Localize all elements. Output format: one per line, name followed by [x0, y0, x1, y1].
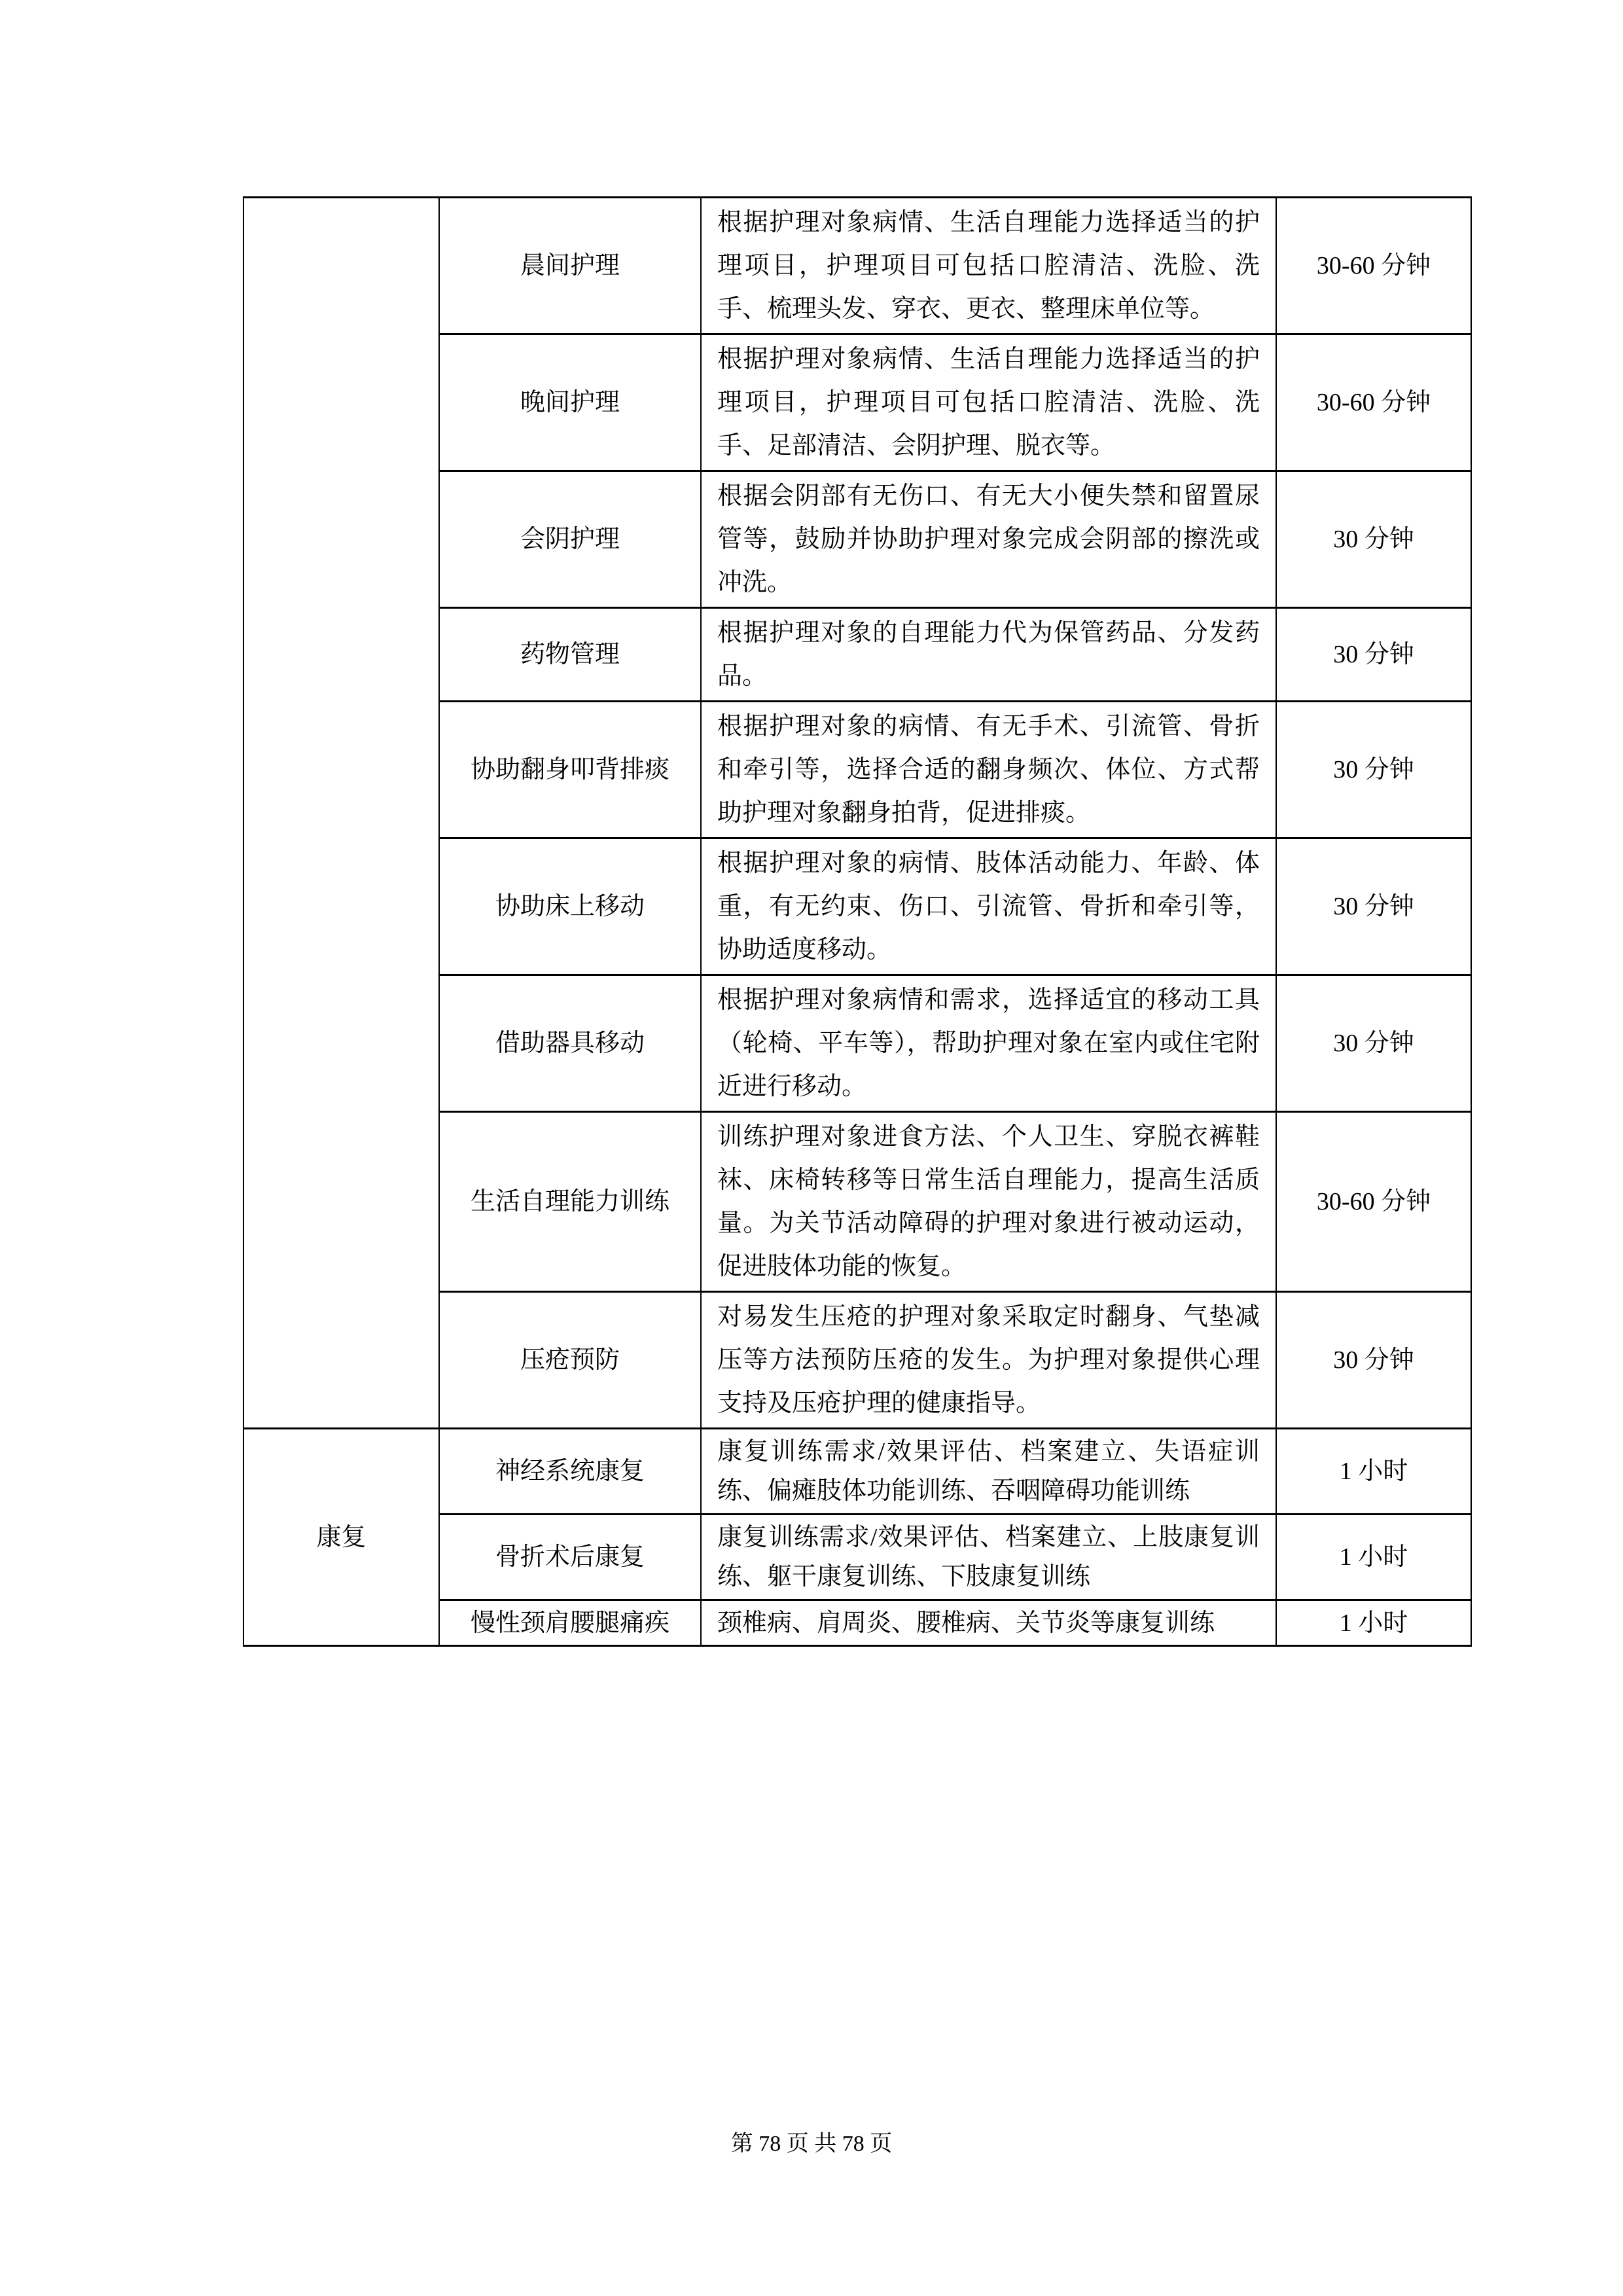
service-name-cell: 生活自理能力训练	[439, 1112, 701, 1292]
service-name-cell: 晨间护理	[439, 198, 701, 334]
document-page: 晨间护理 根据护理对象病情、生活自理能力选择适当的护理项目，护理项目可包括口腔清…	[0, 0, 1623, 2296]
service-duration-cell: 30 分钟	[1276, 1292, 1471, 1429]
service-category-cell	[243, 198, 439, 1429]
service-duration-cell: 30 分钟	[1276, 702, 1471, 838]
service-name-cell: 压疮预防	[439, 1292, 701, 1429]
service-name-cell: 协助翻身叩背排痰	[439, 702, 701, 838]
service-name-cell: 晚间护理	[439, 334, 701, 471]
service-category-cell: 康复	[243, 1429, 439, 1646]
service-duration-cell: 30 分钟	[1276, 471, 1471, 608]
service-name-cell: 协助床上移动	[439, 838, 701, 975]
service-description-cell: 根据护理对象的自理能力代为保管药品、分发药品。	[701, 608, 1276, 702]
service-description-cell: 根据护理对象病情、生活自理能力选择适当的护理项目，护理项目可包括口腔清洁、洗脸、…	[701, 198, 1276, 334]
service-duration-cell: 30 分钟	[1276, 975, 1471, 1112]
table-row: 康复 神经系统康复 康复训练需求/效果评估、档案建立、失语症训练、偏瘫肢体功能训…	[243, 1429, 1471, 1515]
service-duration-cell: 1 小时	[1276, 1600, 1471, 1646]
service-description-cell: 康复训练需求/效果评估、档案建立、失语症训练、偏瘫肢体功能训练、吞咽障碍功能训练	[701, 1429, 1276, 1515]
service-name-cell: 借助器具移动	[439, 975, 701, 1112]
service-name-cell: 会阴护理	[439, 471, 701, 608]
service-duration-cell: 30-60 分钟	[1276, 198, 1471, 334]
service-duration-cell: 30 分钟	[1276, 838, 1471, 975]
table-row: 晨间护理 根据护理对象病情、生活自理能力选择适当的护理项目，护理项目可包括口腔清…	[243, 198, 1471, 334]
service-description-cell: 对易发生压疮的护理对象采取定时翻身、气垫减压等方法预防压疮的发生。为护理对象提供…	[701, 1292, 1276, 1429]
service-duration-cell: 30 分钟	[1276, 608, 1471, 702]
service-duration-cell: 30-60 分钟	[1276, 1112, 1471, 1292]
service-description-cell: 根据护理对象病情、生活自理能力选择适当的护理项目，护理项目可包括口腔清洁、洗脸、…	[701, 334, 1276, 471]
service-name-cell: 神经系统康复	[439, 1429, 701, 1515]
service-duration-cell: 30-60 分钟	[1276, 334, 1471, 471]
service-description-cell: 训练护理对象进食方法、个人卫生、穿脱衣裤鞋袜、床椅转移等日常生活自理能力，提高生…	[701, 1112, 1276, 1292]
service-duration-cell: 1 小时	[1276, 1515, 1471, 1600]
service-description-cell: 根据护理对象病情和需求，选择适宜的移动工具（轮椅、平车等），帮助护理对象在室内或…	[701, 975, 1276, 1112]
service-description-cell: 颈椎病、肩周炎、腰椎病、关节炎等康复训练	[701, 1600, 1276, 1646]
service-duration-cell: 1 小时	[1276, 1429, 1471, 1515]
service-name-cell: 骨折术后康复	[439, 1515, 701, 1600]
service-name-cell: 药物管理	[439, 608, 701, 702]
service-description-cell: 根据会阴部有无伤口、有无大小便失禁和留置尿管等，鼓励并协助护理对象完成会阴部的擦…	[701, 471, 1276, 608]
care-services-table: 晨间护理 根据护理对象病情、生活自理能力选择适当的护理项目，护理项目可包括口腔清…	[243, 196, 1472, 1647]
service-name-cell: 慢性颈肩腰腿痛疾	[439, 1600, 701, 1646]
service-description-cell: 根据护理对象的病情、有无手术、引流管、骨折和牵引等，选择合适的翻身频次、体位、方…	[701, 702, 1276, 838]
service-description-cell: 康复训练需求/效果评估、档案建立、上肢康复训练、躯干康复训练、下肢康复训练	[701, 1515, 1276, 1600]
service-description-cell: 根据护理对象的病情、肢体活动能力、年龄、体重，有无约束、伤口、引流管、骨折和牵引…	[701, 838, 1276, 975]
page-number-footer: 第 78 页 共 78 页	[0, 2128, 1623, 2160]
